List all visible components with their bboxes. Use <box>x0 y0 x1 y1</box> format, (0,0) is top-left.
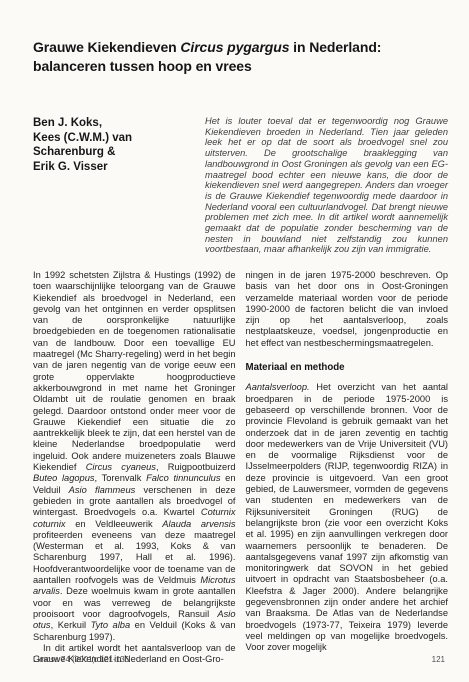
title-species-name: Circus pygargus <box>180 39 289 55</box>
body-left-column: In 1992 schetsten Zijlstra & Hustings (1… <box>33 270 236 665</box>
page-footer: Limosa 74 (2001): 121-136 121 <box>33 655 445 664</box>
title-text-pre: Grauwe Kiekendieven <box>33 39 180 55</box>
body-paragraph-scope-continued: ningen in de jaren 1975-2000 beschreven.… <box>246 270 449 349</box>
section-heading-materiaal-en-methode: Materiaal en methode <box>246 362 449 373</box>
title-line2: balanceren tussen hoop en vrees <box>33 58 252 74</box>
body-columns: In 1992 schetsten Zijlstra & Hustings (1… <box>33 270 448 665</box>
body-paragraph-intro: In 1992 schetsten Zijlstra & Hustings (1… <box>33 270 236 643</box>
footer-page-number: 121 <box>432 655 445 664</box>
title-text-post: in Nederland: <box>289 39 381 55</box>
body-paragraph-methods: Aantalsverloop. Het overzicht van het aa… <box>246 382 449 653</box>
body-right-column: ningen in de jaren 1975-2000 beschreven.… <box>246 270 449 665</box>
abstract-text: Het is louter toeval dat er tegenwoordig… <box>205 116 448 256</box>
header-row: Ben J. Koks, Kees (C.W.M.) van Scharenbu… <box>33 116 448 256</box>
journal-page: Grauwe Kiekendieven Circus pygargus in N… <box>0 0 469 682</box>
footer-journal-ref: Limosa 74 (2001): 121-136 <box>33 655 129 664</box>
author-block: Ben J. Koks, Kees (C.W.M.) van Scharenbu… <box>33 116 205 256</box>
page-title: Grauwe Kiekendieven Circus pygargus in N… <box>33 38 448 75</box>
